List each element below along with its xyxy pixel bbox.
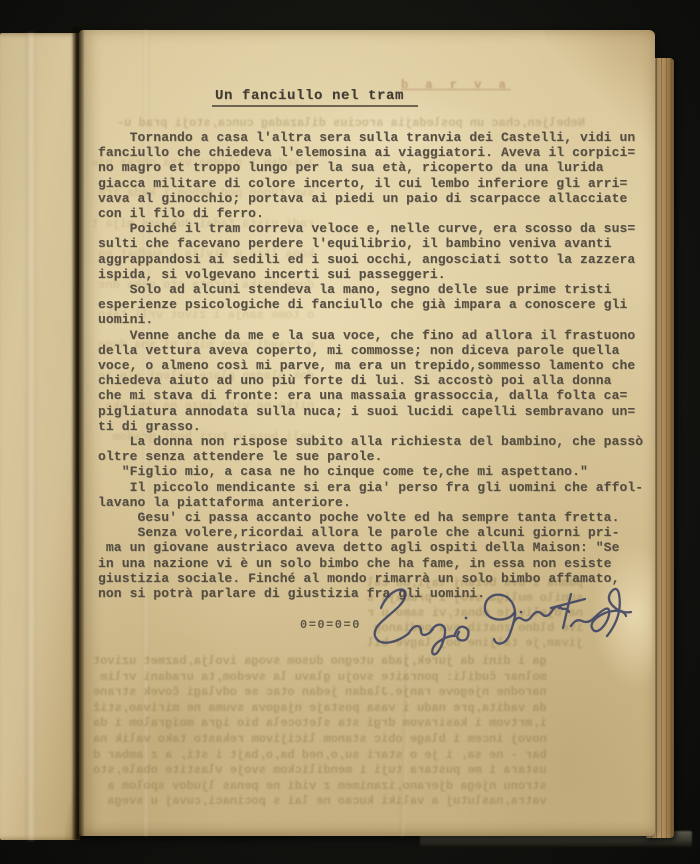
left-page-crease (26, 33, 36, 840)
page-title: Un fanciullo nel tram (212, 88, 418, 107)
typescript-page: b a r v a Nebeljen,chac un posledajia ar… (79, 30, 655, 836)
book-photo-scene: b a r v a Nebeljen,chac un posledajia ar… (0, 0, 700, 864)
signature (345, 578, 655, 670)
bleedthrough-line: Nebeljen,chac un posledajia arocius dila… (117, 116, 585, 130)
previous-page (0, 33, 80, 840)
signature-ink-strokes (345, 578, 655, 670)
typescript-body: Tornando a casa l'altra sera sulla tranv… (98, 130, 650, 601)
bleedthrough-block-lower: ga i dini da jurek,jada utegno dusom svo… (93, 654, 547, 810)
binding-gutter (72, 28, 84, 840)
